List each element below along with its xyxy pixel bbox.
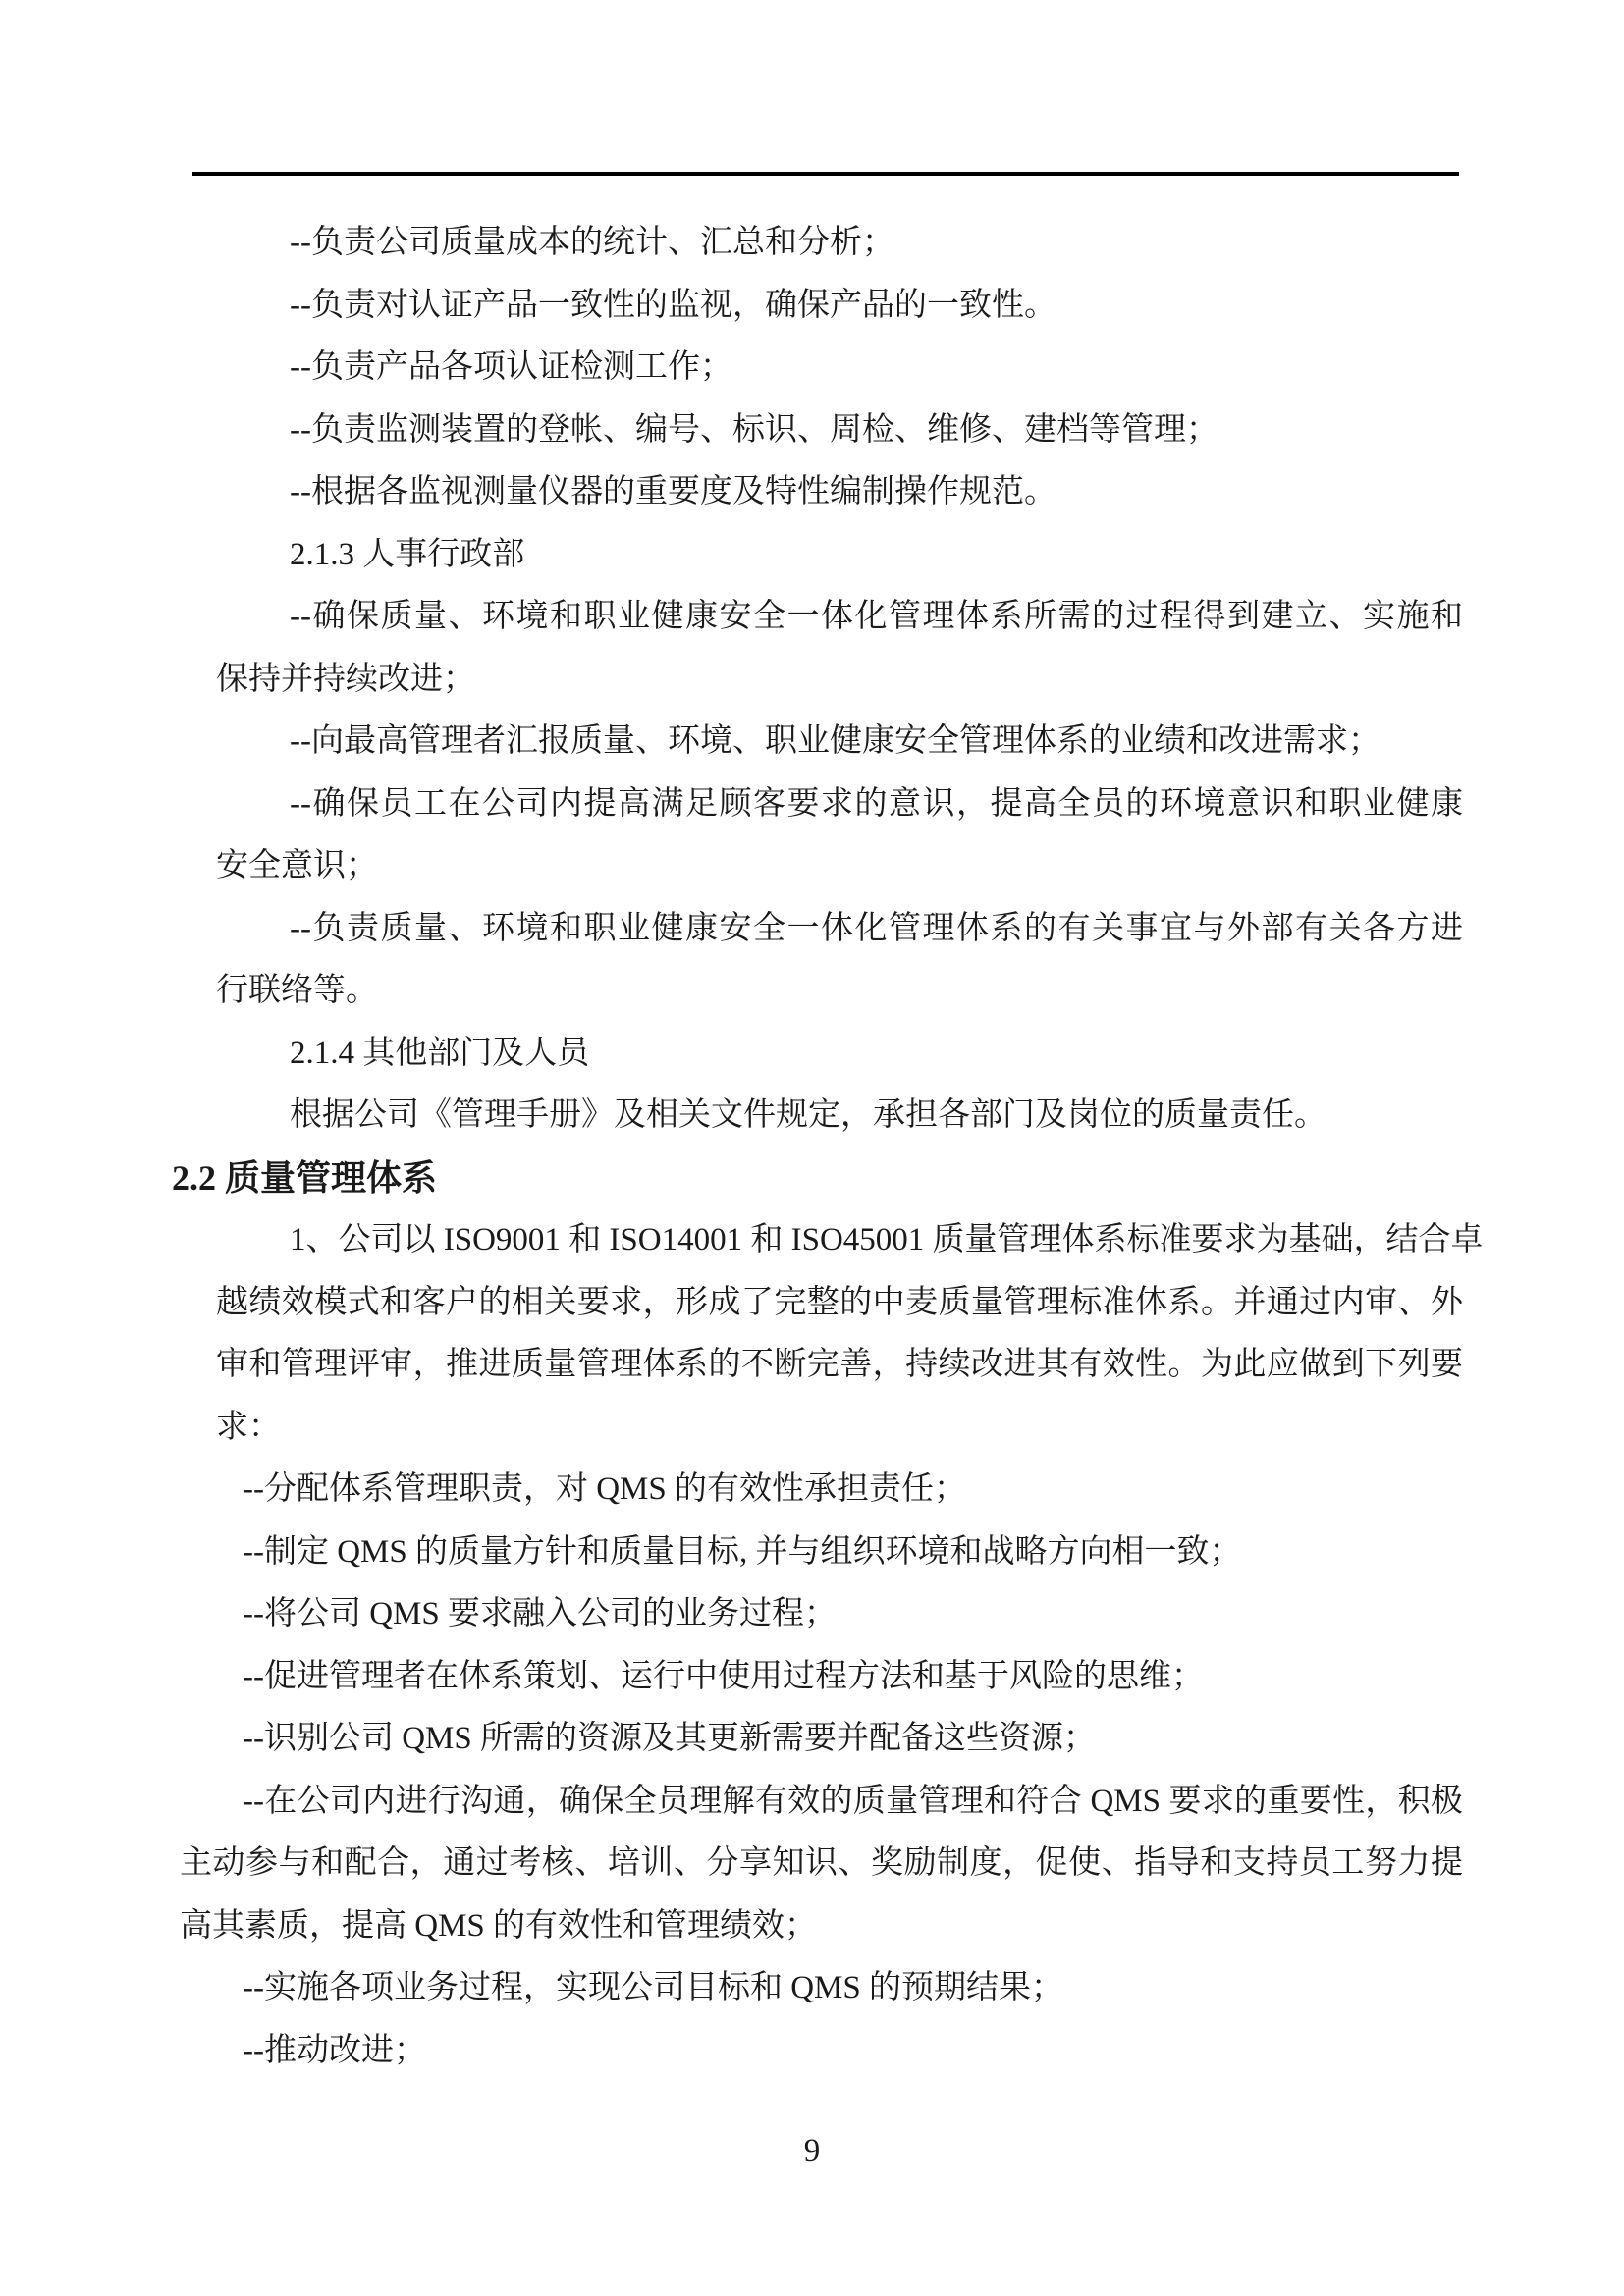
text-line: --促进管理者在体系策划、运行中使用过程方法和基于风险的思维； xyxy=(0,1646,1624,1709)
text-line: --推动改进； xyxy=(0,2020,1624,2083)
text-line: 主动参与和配合，通过考核、培训、分享知识、奖励制度，促使、指导和支持员工努力提 xyxy=(0,1833,1624,1896)
text-line: --将公司 QMS 要求融入公司的业务过程； xyxy=(0,1583,1624,1646)
text-line: --负责监测装置的登帐、编号、标识、周检、维修、建档等管理； xyxy=(0,400,1624,462)
text-line: --实施各项业务过程，实现公司目标和 QMS 的预期结果； xyxy=(0,1957,1624,2020)
document-page: --负责公司质量成本的统计、汇总和分析；--负责对认证产品一致性的监视，确保产品… xyxy=(0,0,1624,2296)
text-line: 高其素质，提高 QMS 的有效性和管理绩效； xyxy=(0,1896,1624,1958)
header-rule xyxy=(192,172,1459,176)
text-line: --负责产品各项认证检测工作； xyxy=(0,337,1624,400)
text-line: 1、公司以 ISO9001 和 ISO14001 和 ISO45001 质量管理… xyxy=(0,1209,1624,1272)
text-line: 安全意识； xyxy=(0,835,1624,898)
document-body: --负责公司质量成本的统计、汇总和分析；--负责对认证产品一致性的监视，确保产品… xyxy=(0,212,1624,2082)
text-line: --负责对认证产品一致性的监视，确保产品的一致性。 xyxy=(0,275,1624,338)
text-line: --确保质量、环境和职业健康安全一体化管理体系所需的过程得到建立、实施和 xyxy=(0,586,1624,649)
text-line: 求： xyxy=(0,1397,1624,1460)
text-line: --识别公司 QMS 所需的资源及其更新需要并配备这些资源； xyxy=(0,1708,1624,1771)
text-line: 行联络等。 xyxy=(0,960,1624,1023)
page-number: 9 xyxy=(0,2120,1624,2182)
text-line: --分配体系管理职责，对 QMS 的有效性承担责任； xyxy=(0,1459,1624,1522)
text-line: 保持并持续改进； xyxy=(0,649,1624,712)
text-line: 越绩效模式和客户的相关要求，形成了完整的中麦质量管理标准体系。并通过内审、外 xyxy=(0,1272,1624,1335)
subsection-heading: 2.1.3 人事行政部 xyxy=(0,524,1624,587)
subsection-heading: 2.1.4 其他部门及人员 xyxy=(0,1023,1624,1086)
text-line: --负责公司质量成本的统计、汇总和分析； xyxy=(0,212,1624,275)
text-line: --在公司内进行沟通，确保全员理解有效的质量管理和符合 QMS 要求的重要性，积… xyxy=(0,1771,1624,1834)
text-line: --根据各监视测量仪器的重要度及特性编制操作规范。 xyxy=(0,461,1624,524)
text-line: --负责质量、环境和职业健康安全一体化管理体系的有关事宜与外部有关各方进 xyxy=(0,898,1624,961)
text-line: --确保员工在公司内提高满足顾客要求的意识，提高全员的环境意识和职业健康 xyxy=(0,774,1624,836)
text-line: 根据公司《管理手册》及相关文件规定，承担各部门及岗位的质量责任。 xyxy=(0,1085,1624,1148)
section-heading: 2.2 质量管理体系 xyxy=(0,1148,1624,1210)
text-line: --向最高管理者汇报质量、环境、职业健康安全管理体系的业绩和改进需求； xyxy=(0,711,1624,774)
text-line: 审和管理评审，推进质量管理体系的不断完善，持续改进其有效性。为此应做到下列要 xyxy=(0,1334,1624,1397)
text-line: --制定 QMS 的质量方针和质量目标, 并与组织环境和战略方向相一致； xyxy=(0,1522,1624,1584)
